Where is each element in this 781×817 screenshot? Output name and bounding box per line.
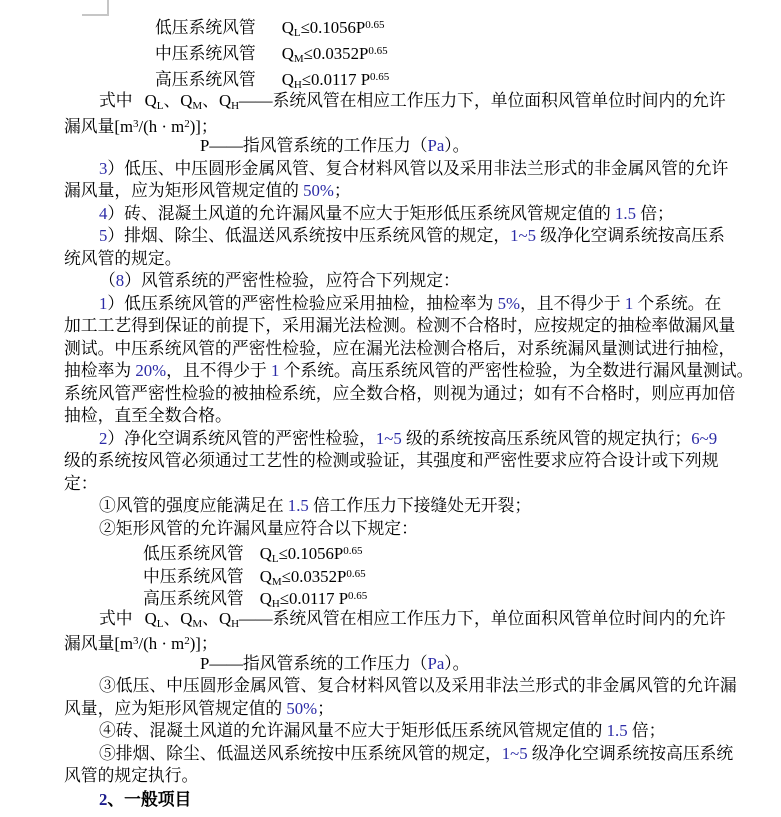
text-run: 、 [202,91,219,110]
document-line: 风量，应为矩形风管规定值的 50%； [64,698,744,721]
text-run: 低压系统风管 [143,544,244,563]
text-run: Q [260,589,272,608]
text-run: 统风管的规定。 [64,249,181,268]
text-run: /(h · m [139,634,185,653]
text-run: ⑤排烟、除尘、低温送风系统按中压系统风管的规定， [99,744,502,763]
text-run: 1~5 [376,429,402,448]
text-run: ≤0.1056P [301,18,366,37]
text-run: 级净化空调系统按高压系 [536,226,725,245]
text-run: ）低压、中压圆形金属风管、复合材料风管以及采用非法兰形式的非金属风管的允许 [107,159,728,178]
text-run: Q [219,609,231,628]
text-run: 漏风量 [64,634,114,653]
text-run: ）排烟、除尘、低温送风系统按中压系统风管的规定， [107,226,510,245]
text-run: 个系统。高压系统风管的严密性检验，为全数进行漏风量测试。 [279,361,753,380]
text-run: 级净化空调系统按高压系统 [528,744,734,763]
text-run: ）风管系统的严密性检验，应符合下列规定： [124,271,460,290]
document-line: 中压系统风管QM≤0.0352P0.65 [64,38,744,64]
text-run: 50% [286,699,317,718]
text-run: P [200,654,209,673]
text-run: Q [282,18,294,37]
document-line: 加工工艺得到保证的前提下，采用漏光法检测。检测不合格时，应按规定的抽检率做漏风量 [64,315,744,338]
document-line: 漏风量[m3/(h · m2)]； [64,113,744,136]
document-line: ④砖、混凝土风道的允许漏风量不应大于矩形低压系统风管规定值的 1.5 倍； [64,720,744,743]
text-run: ≤0.0352P [282,567,347,586]
text-run: )] [190,634,201,653]
document-line: 3）低压、中压圆形金属风管、复合材料风管以及采用非法兰形式的非金属风管的允许 [64,158,744,181]
document-line: ③低压、中压圆形金属风管、复合材料风管以及采用非法兰形式的非金属风管的允许漏 [64,675,744,698]
text-run: ； [334,181,351,200]
text-run: Q [282,44,294,63]
text-run: ≤0.0352P [304,44,369,63]
document-line: 式中QL、QM、QH——系统风管在相应工作压力下，单位面积风管单位时间内的允许 [64,608,744,631]
text-run: ≤0.0117 P [280,589,348,608]
document-line: 1）低压系统风管的严密性检验应采用抽检，抽检率为 5%，且不得少于 1 个系统。… [64,293,744,316]
document-line: 5）排烟、除尘、低温送风系统按中压系统风管的规定，1~5 级净化空调系统按高压系 [64,225,744,248]
text-run: 0.65 [343,545,362,557]
document-line: （8）风管系统的严密性检验，应符合下列规定： [64,270,744,293]
document-line: 漏风量[m3/(h · m2)]； [64,630,744,653]
text-run: M [192,100,202,112]
text-run: ≤0.0117 P [302,70,370,89]
text-run: 个系统。在 [633,294,721,313]
text-run: 1~5 [510,226,536,245]
text-run: ）低压系统风管的严密性检验应采用抽检，抽检率为 [107,294,497,313]
text-run: ③低压、中压圆形金属风管、复合材料风管以及采用非法兰形式的非金属风管的允许漏 [99,676,737,695]
text-run: ）净化空调系统风管的严密性检验， [107,429,376,448]
text-run: Q [180,91,192,110]
text-run: 0.65 [368,45,387,57]
document-line: 抽检，直至全数合格。 [64,405,744,428]
document-line: 风管的规定执行。 [64,765,744,788]
document-body: 低压系统风管QL≤0.1056P0.65中压系统风管QM≤0.0352P0.65… [64,12,744,812]
text-run: 测试。中压系统风管的严密性检验，应在漏光法检测合格后，对系统漏风量测试进行抽检， [64,339,735,358]
text-run: ； [201,634,218,653]
text-run: ——系统风管在相应工作压力下，单位面积风管单位时间内的允许 [239,91,726,110]
text-run: （ [99,271,116,290]
text-run: 8 [116,271,124,290]
document-line: 抽检率为 20%，且不得少于 1 个系统。高压系统风管的严密性检验，为全数进行漏… [64,360,744,383]
document-line: 4）砖、混凝土风道的允许漏风量不应大于矩形低压系统风管规定值的 1.5 倍； [64,203,744,226]
text-run: ①风管的强度应能满足在 [99,496,288,515]
text-run: 风管的规定执行。 [64,766,198,785]
text-run: 中压系统风管 [155,44,256,63]
text-run: Q [260,544,272,563]
text-run: 漏风量，应为矩形风管规定值的 [64,181,303,200]
text-run: 倍工作压力下接缝处无开裂； [309,496,531,515]
text-run: 抽检率为 [64,361,135,380]
text-run: 、 [163,609,180,628]
text-run: )] [190,117,201,136]
document-line: P——指风管系统的工作压力（Pa）。 [64,135,744,158]
text-run: Q [219,91,231,110]
document-page: 低压系统风管QL≤0.1056P0.65中压系统风管QM≤0.0352P0.65… [0,0,781,817]
text-run: 中压系统风管 [143,567,244,586]
text-run: 级的系统按风管必须通过工艺性的检测或验证，其强度和严密性要求应符合设计或下列规 [64,451,718,470]
text-run: Q [282,70,294,89]
document-line: 系统风管严密性检验的被抽检系统，应全数合格，则视为通过；如有不合格时，则应再加倍 [64,383,744,406]
text-run: 式中 [99,609,133,628]
document-line: 低压系统风管QL≤0.1056P0.65 [64,540,744,563]
text-run: 系统风管严密性检验的被抽检系统，应全数合格，则视为通过；如有不合格时，则应再加倍 [64,384,735,403]
text-run: 高压系统风管 [143,589,244,608]
text-run: 漏风量 [64,117,114,136]
document-line: 高压系统风管QH≤0.0117 P0.65 [64,64,744,90]
document-line: 中压系统风管QM≤0.0352P0.65 [64,563,744,586]
text-run: [m [114,117,133,136]
text-run: ——系统风管在相应工作压力下，单位面积风管单位时间内的允许 [239,609,726,628]
document-line: 式中QL、QM、QH——系统风管在相应工作压力下，单位面积风管单位时间内的允许 [64,90,744,113]
document-line: 漏风量，应为矩形风管规定值的 50%； [64,180,744,203]
text-run: ）。 [444,654,469,673]
text-run: 5% [498,294,520,313]
text-run: 0.65 [348,590,367,602]
text-run: 1.5 [615,204,636,223]
text-run: ）。 [444,136,469,155]
text-run: 加工工艺得到保证的前提下，采用漏光法检测。检测不合格时，应按规定的抽检率做漏风量 [64,316,735,335]
text-run: 0.65 [365,19,384,31]
text-run: P [200,136,209,155]
text-run: 、一般项目 [107,790,191,809]
text-run: 低压系统风管 [155,18,256,37]
text-run: Q [180,609,192,628]
text-run: ——指风管系统的工作压力（ [209,136,427,155]
text-run: Q [145,91,157,110]
text-run: Q [260,567,272,586]
document-line: 2）净化空调系统风管的严密性检验，1~5 级的系统按高压系统风管的规定执行；6~… [64,428,744,451]
text-run: 1 [625,294,633,313]
text-run: [m [114,634,133,653]
text-run: 式中 [99,91,133,110]
text-run: 级的系统按高压系统风管的规定执行； [402,429,691,448]
text-run: ≤0.1056P [279,544,344,563]
document-line: P——指风管系统的工作压力（Pa）。 [64,653,744,676]
text-run: Q [145,609,157,628]
text-run: 高压系统风管 [155,70,256,89]
text-run: ，且不得少于 [166,361,271,380]
text-run: 、 [202,609,219,628]
document-line: 测试。中压系统风管的严密性检验，应在漏光法检测合格后，对系统漏风量测试进行抽检， [64,338,744,361]
text-run: 定： [64,474,98,493]
document-line: 统风管的规定。 [64,248,744,271]
document-line: 定： [64,473,744,496]
text-run: Pa [428,654,445,673]
document-line: 低压系统风管QL≤0.1056P0.65 [64,12,744,38]
text-run: 20% [135,361,166,380]
text-run: ④砖、混凝土风道的允许漏风量不应大于矩形低压系统风管规定值的 [99,721,607,740]
text-run: 1.5 [607,721,628,740]
text-run: H [231,618,239,630]
text-run: 风量，应为矩形风管规定值的 [64,699,286,718]
text-run: ； [317,699,334,718]
text-run: M [192,618,202,630]
text-run: 0.65 [346,568,365,580]
text-run: 1~5 [502,744,528,763]
text-run: 0.65 [370,71,389,83]
document-line: ⑤排烟、除尘、低温送风系统按中压系统风管的规定，1~5 级净化空调系统按高压系统 [64,743,744,766]
text-run: 1.5 [288,496,309,515]
document-line: 高压系统风管QH≤0.0117 P0.65 [64,585,744,608]
document-line: ①风管的强度应能满足在 1.5 倍工作压力下接缝处无开裂； [64,495,744,518]
text-run: 倍； [628,721,666,740]
text-run: ）砖、混凝土风道的允许漏风量不应大于矩形低压系统风管规定值的 [107,204,615,223]
document-line: 级的系统按风管必须通过工艺性的检测或验证，其强度和严密性要求应符合设计或下列规 [64,450,744,473]
text-run: 倍； [636,204,674,223]
text-run: 50% [303,181,334,200]
text-run: ②矩形风管的允许漏风量应符合以下规定： [99,519,418,538]
text-run: ，且不得少于 [520,294,625,313]
text-run: 6~9 [691,429,717,448]
section-heading: 2、一般项目 [64,788,744,812]
text-run: ——指风管系统的工作压力（ [209,654,427,673]
document-line: ②矩形风管的允许漏风量应符合以下规定： [64,518,744,541]
text-run: /(h · m [139,117,185,136]
text-run: Pa [428,136,445,155]
text-run: 、 [163,91,180,110]
text-run: 抽检，直至全数合格。 [64,406,232,425]
text-run: ； [201,117,218,136]
text-run: H [231,100,239,112]
